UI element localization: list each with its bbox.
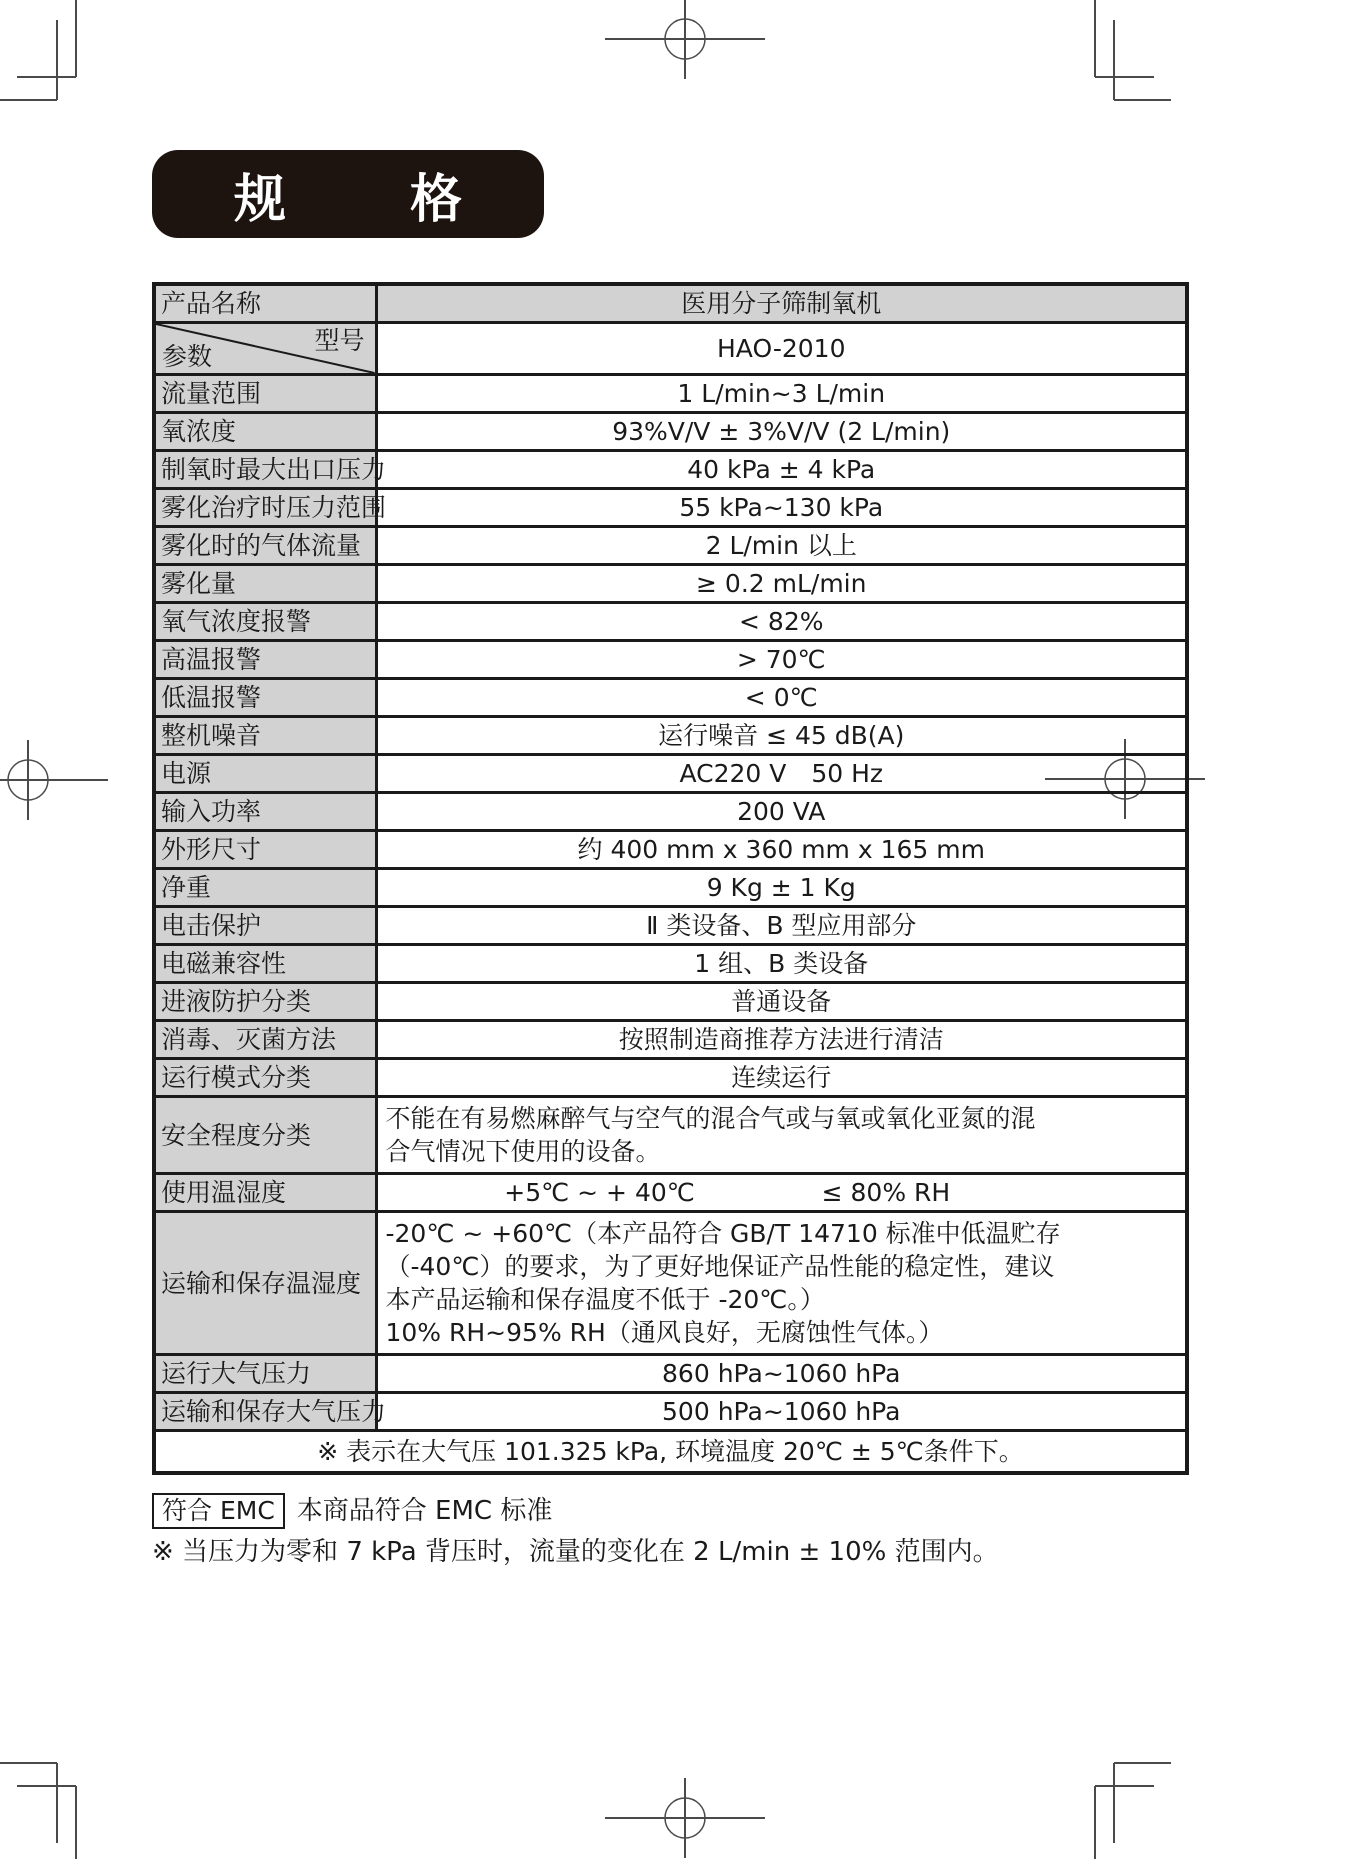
table-row: 外形尺寸 约 400 mm x 360 mm x 165 mm <box>154 831 1187 869</box>
manual-page: 规 格 产品名称 医用分子筛制氧机 型号 参数 HAO-2010 <box>0 0 1371 1859</box>
table-row: 整机噪音 运行噪音 ≤ 45 dB(A) <box>154 717 1187 755</box>
page-title-char-left: 规 <box>234 157 286 232</box>
row-value: < 0℃ <box>376 679 1187 717</box>
row-value: 医用分子筛制氧机 <box>376 284 1187 323</box>
page-title: 规 格 <box>152 150 544 238</box>
row-label: 电磁兼容性 <box>154 945 376 983</box>
row-value: 2 L/min 以上 <box>376 527 1187 565</box>
page-title-char-right: 格 <box>410 157 462 232</box>
table-row: 电磁兼容性 1 组、B 类设备 <box>154 945 1187 983</box>
emc-text: 本商品符合 EMC 标准 <box>297 1494 553 1528</box>
row-value: 93%V/V ± 3%V/V (2 L/min) <box>376 413 1187 451</box>
row-label: 流量范围 <box>154 375 376 413</box>
row-label: 电源 <box>154 755 376 793</box>
row-value: 1 L/min~3 L/min <box>376 375 1187 413</box>
diagonal-header-cell: 型号 参数 <box>154 323 376 375</box>
row-label: 电击保护 <box>154 907 376 945</box>
row-value: 9 Kg ± 1 Kg <box>376 869 1187 907</box>
table-row: 雾化时的气体流量 2 L/min 以上 <box>154 527 1187 565</box>
spec-table: 产品名称 医用分子筛制氧机 型号 参数 HAO-2010 流量范围 1 L/mi… <box>152 282 1189 1475</box>
row-value: 200 VA <box>376 793 1187 831</box>
table-row: 电源 AC220 V 50 Hz <box>154 755 1187 793</box>
row-label: 输入功率 <box>154 793 376 831</box>
registration-crosshair-mark-top-center <box>605 0 765 83</box>
row-label: 雾化治疗时压力范围 <box>154 489 376 527</box>
table-row: 运输和保存大气压力 500 hPa~1060 hPa <box>154 1393 1187 1431</box>
row-label: 进液防护分类 <box>154 983 376 1021</box>
diagonal-label-parameter: 参数 <box>162 341 212 372</box>
row-label: 净重 <box>154 869 376 907</box>
row-label: 安全程度分类 <box>154 1097 376 1174</box>
row-value: 860 hPa~1060 hPa <box>376 1355 1187 1393</box>
table-row: 运行模式分类 连续运行 <box>154 1059 1187 1097</box>
table-row: 使用温湿度 +5℃ ~ + 40℃≤ 80% RH <box>154 1174 1187 1212</box>
registration-corner-mark-top-right <box>1071 0 1171 114</box>
table-row: 雾化量 ≥ 0.2 mL/min <box>154 565 1187 603</box>
row-value: > 70℃ <box>376 641 1187 679</box>
table-row: 运行大气压力 860 hPa~1060 hPa <box>154 1355 1187 1393</box>
emc-badge: 符合 EMC <box>152 1493 285 1529</box>
footer-notes: 符合 EMC 本商品符合 EMC 标准 ※ 当压力为零和 7 kPa 背压时，流… <box>152 1493 1189 1569</box>
row-label: 运输和保存温湿度 <box>154 1212 376 1355</box>
table-row: 净重 9 Kg ± 1 Kg <box>154 869 1187 907</box>
table-row: 消毒、灭菌方法 按照制造商推荐方法进行清洁 <box>154 1021 1187 1059</box>
row-value: 不能在有易燃麻醉气与空气的混合气或与氧或氧化亚氮的混合气情况下使用的设备。 <box>376 1097 1187 1174</box>
row-value: 普通设备 <box>376 983 1187 1021</box>
registration-corner-mark-bottom-left <box>0 1749 100 1859</box>
row-label: 高温报警 <box>154 641 376 679</box>
row-label: 雾化量 <box>154 565 376 603</box>
row-value: 55 kPa~130 kPa <box>376 489 1187 527</box>
page-content: 规 格 产品名称 医用分子筛制氧机 型号 参数 HAO-2010 <box>152 150 1189 1569</box>
table-row: 安全程度分类 不能在有易燃麻醉气与空气的混合气或与氧或氧化亚氮的混合气情况下使用… <box>154 1097 1187 1174</box>
table-row: 制氧时最大出口压力 40 kPa ± 4 kPa <box>154 451 1187 489</box>
table-row: 氧气浓度报警 < 82% <box>154 603 1187 641</box>
row-value: 500 hPa~1060 hPa <box>376 1393 1187 1431</box>
row-label: 氧气浓度报警 <box>154 603 376 641</box>
row-value: 约 400 mm x 360 mm x 165 mm <box>376 831 1187 869</box>
diagonal-label-model: 型号 <box>314 325 364 356</box>
row-label: 外形尺寸 <box>154 831 376 869</box>
table-row: 电击保护 Ⅱ 类设备、B 型应用部分 <box>154 907 1187 945</box>
row-value: -20℃ ~ +60℃（本产品符合 GB/T 14710 标准中低温贮存（-40… <box>376 1212 1187 1355</box>
registration-corner-mark-top-left <box>0 0 100 114</box>
row-value: 1 组、B 类设备 <box>376 945 1187 983</box>
table-row: 进液防护分类 普通设备 <box>154 983 1187 1021</box>
table-row-product: 产品名称 医用分子筛制氧机 <box>154 284 1187 323</box>
row-value: 运行噪音 ≤ 45 dB(A) <box>376 717 1187 755</box>
row-label: 运行大气压力 <box>154 1355 376 1393</box>
row-label: 消毒、灭菌方法 <box>154 1021 376 1059</box>
registration-crosshair-mark-middle-left <box>0 740 108 824</box>
row-value: ≥ 0.2 mL/min <box>376 565 1187 603</box>
table-note: ※ 表示在大气压 101.325 kPa, 环境温度 20℃ ± 5℃条件下。 <box>154 1431 1187 1473</box>
row-label: 使用温湿度 <box>154 1174 376 1212</box>
row-value: 按照制造商推荐方法进行清洁 <box>376 1021 1187 1059</box>
table-row-model: 型号 参数 HAO-2010 <box>154 323 1187 375</box>
row-value: AC220 V 50 Hz <box>376 755 1187 793</box>
row-value: Ⅱ 类设备、B 型应用部分 <box>376 907 1187 945</box>
row-value: 40 kPa ± 4 kPa <box>376 451 1187 489</box>
table-row: 输入功率 200 VA <box>154 793 1187 831</box>
row-label: 产品名称 <box>154 284 376 323</box>
table-note-row: ※ 表示在大气压 101.325 kPa, 环境温度 20℃ ± 5℃条件下。 <box>154 1431 1187 1473</box>
registration-crosshair-mark-bottom-center <box>605 1778 765 1859</box>
row-label: 低温报警 <box>154 679 376 717</box>
table-row: 氧浓度 93%V/V ± 3%V/V (2 L/min) <box>154 413 1187 451</box>
pressure-note: ※ 当压力为零和 7 kPa 背压时，流量的变化在 2 L/min ± 10% … <box>152 1535 1189 1569</box>
registration-corner-mark-bottom-right <box>1071 1749 1171 1859</box>
row-label: 制氧时最大出口压力 <box>154 451 376 489</box>
table-row: 雾化治疗时压力范围 55 kPa~130 kPa <box>154 489 1187 527</box>
row-label: 运输和保存大气压力 <box>154 1393 376 1431</box>
row-label: 运行模式分类 <box>154 1059 376 1097</box>
row-label: 整机噪音 <box>154 717 376 755</box>
table-row: 高温报警 > 70℃ <box>154 641 1187 679</box>
row-label: 氧浓度 <box>154 413 376 451</box>
table-row: 流量范围 1 L/min~3 L/min <box>154 375 1187 413</box>
table-row: 低温报警 < 0℃ <box>154 679 1187 717</box>
row-label: 雾化时的气体流量 <box>154 527 376 565</box>
table-row: 运输和保存温湿度 -20℃ ~ +60℃（本产品符合 GB/T 14710 标准… <box>154 1212 1187 1355</box>
row-value: 连续运行 <box>376 1059 1187 1097</box>
emc-line: 符合 EMC 本商品符合 EMC 标准 <box>152 1493 1189 1529</box>
row-value: +5℃ ~ + 40℃≤ 80% RH <box>376 1174 1187 1212</box>
row-value: HAO-2010 <box>376 323 1187 375</box>
row-value: < 82% <box>376 603 1187 641</box>
